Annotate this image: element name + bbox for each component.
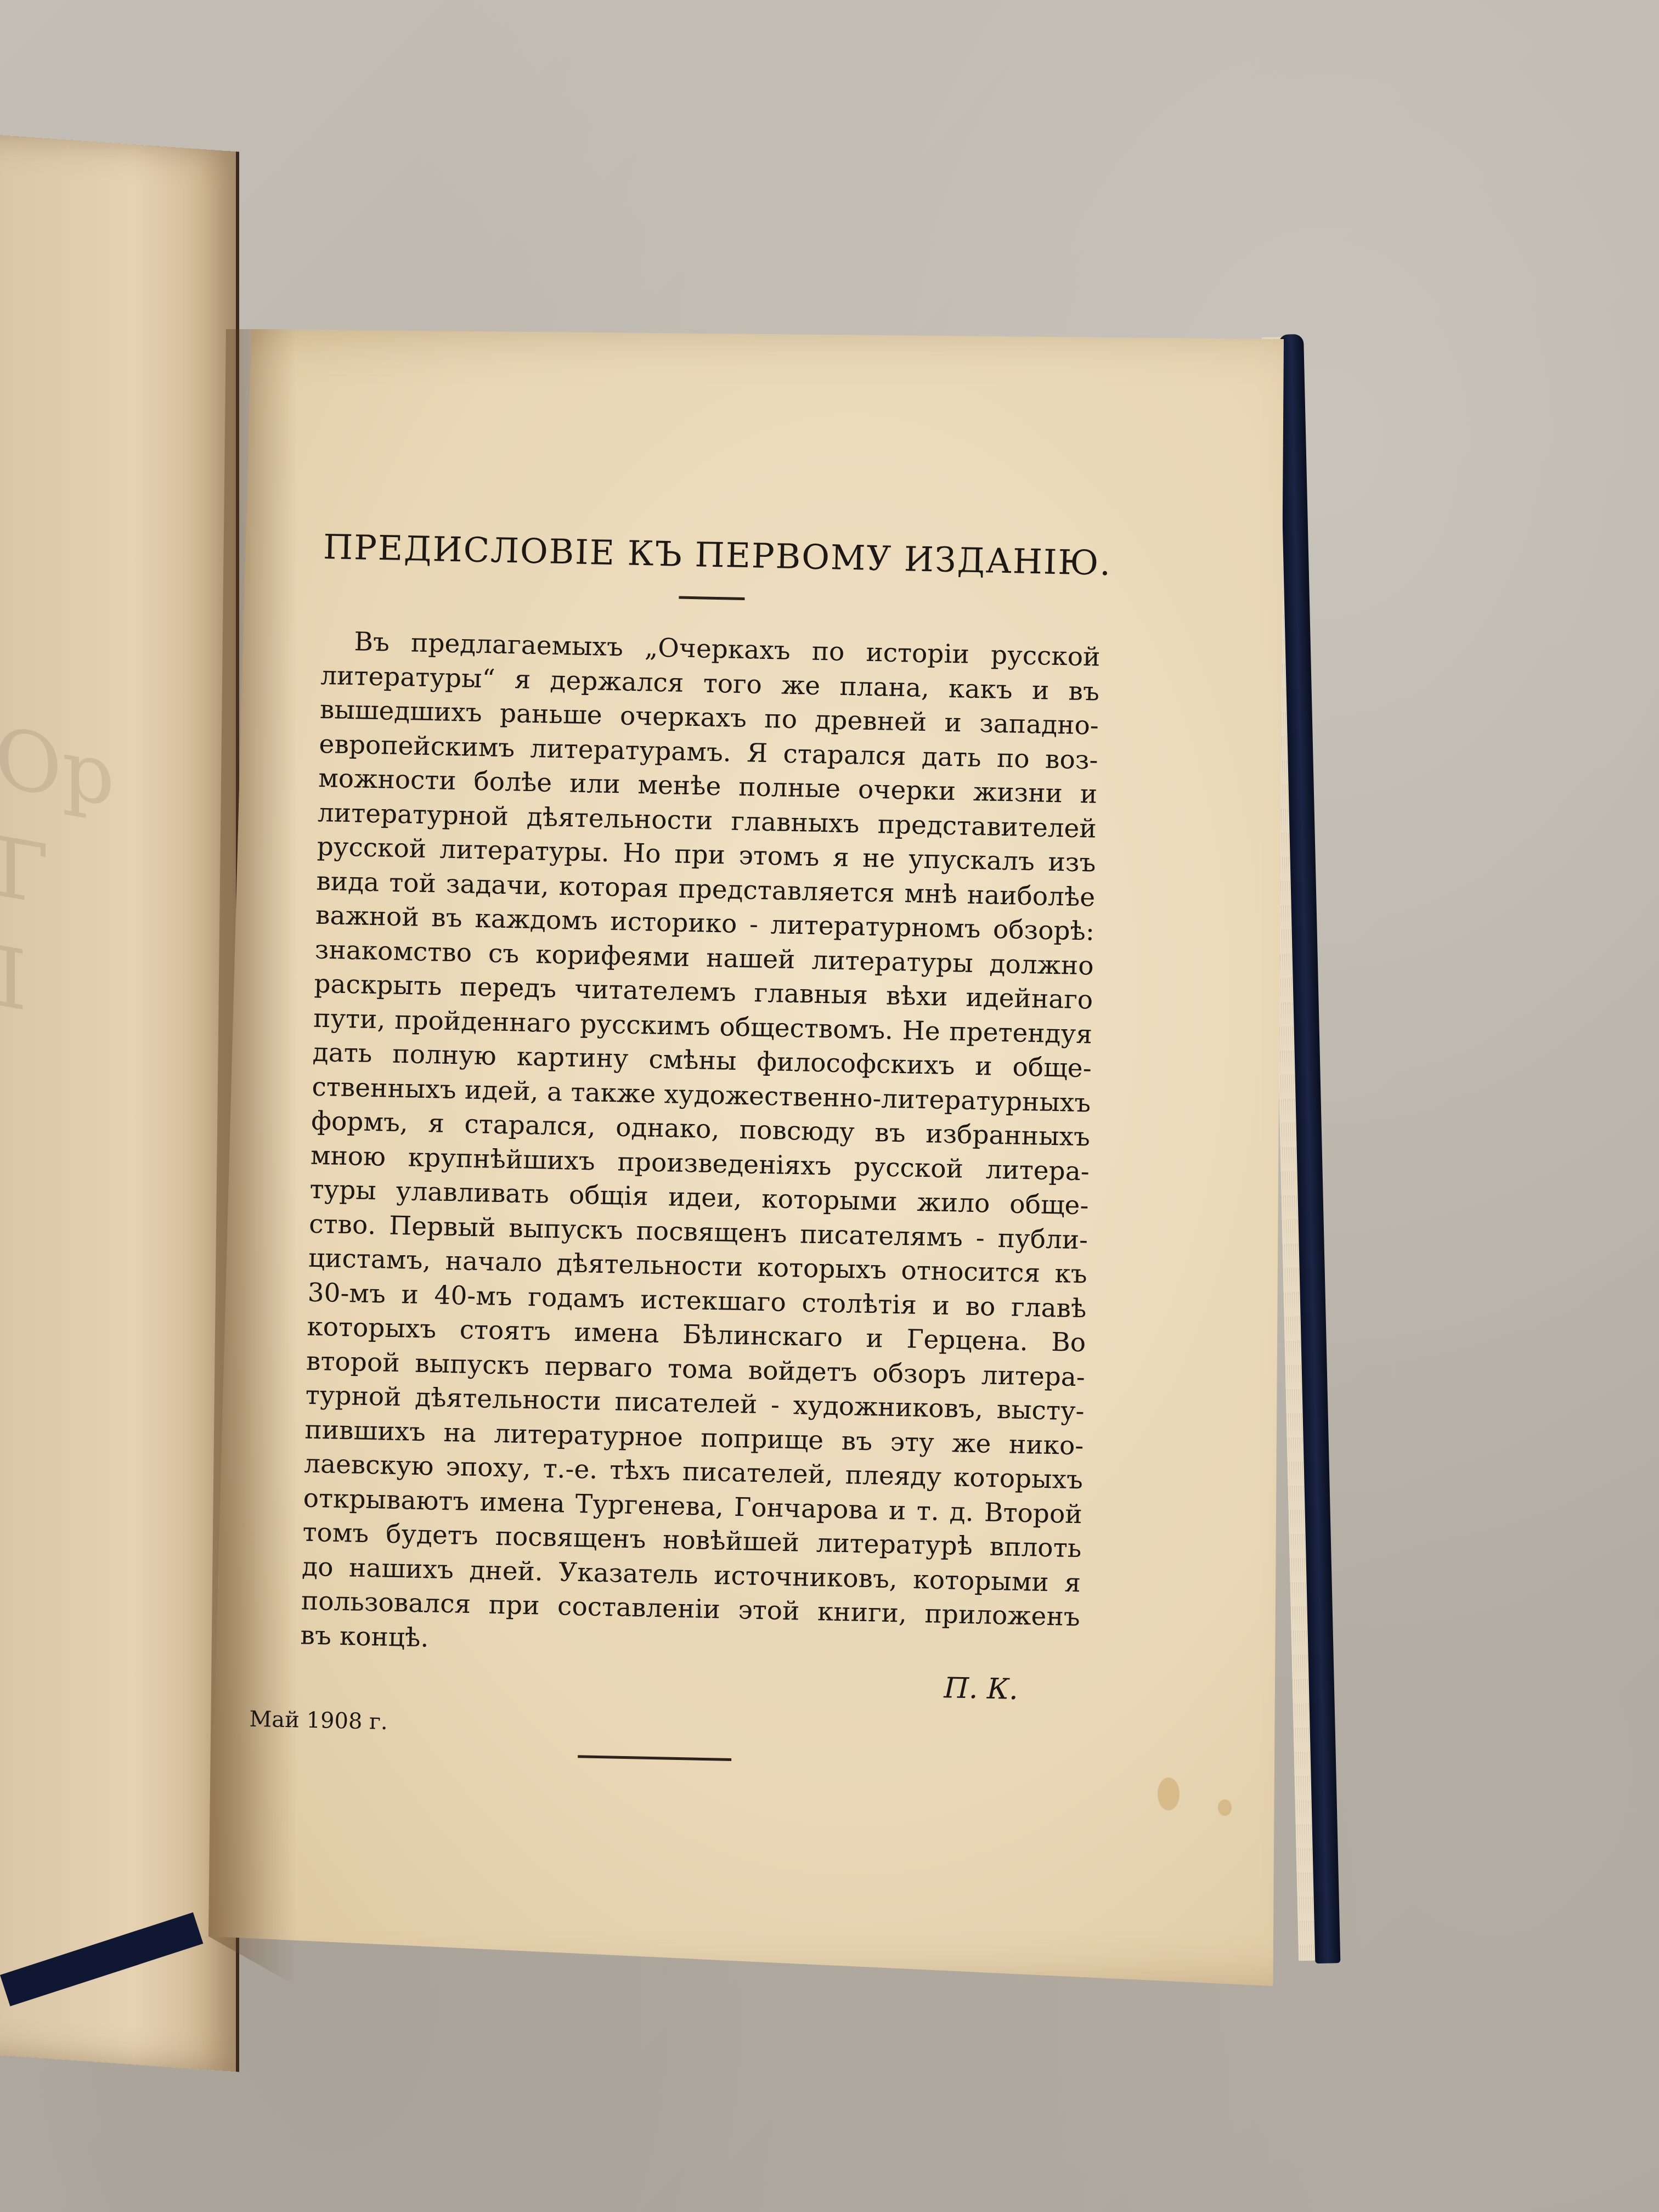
left-page-bleed-through: Ор Г І [0,702,159,1060]
preface-body: Въ предлагаемыхъ „Очеркахъ по исторіи ру… [300,624,1101,1669]
left-page: Ор Г І [0,133,239,2072]
preface-date: Май 1908 г. [249,1707,1078,1750]
bleed-glyph: О [0,709,62,817]
paper-stain [1158,1778,1180,1810]
paper-stain [1218,1799,1232,1816]
title-divider [679,596,744,601]
bleed-glyph: Г [0,819,49,924]
bleed-glyph: р [62,721,115,826]
bleed-glyph: І [0,929,27,1030]
page-content: ПРЕДИСЛОВІЕ КЪ ПЕРВОМУ ИЗДАНІЮ. Въ предл… [298,527,1102,1768]
